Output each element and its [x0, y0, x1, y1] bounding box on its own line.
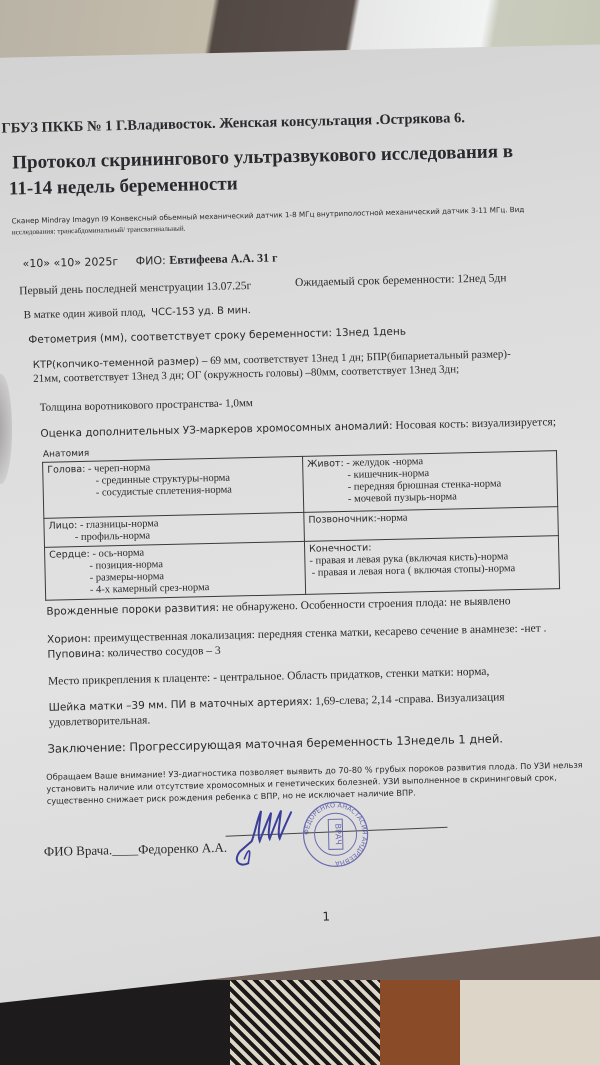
fetus-count: В матке один живой плод,	[24, 306, 146, 321]
heart-label: Сердце:	[49, 549, 90, 561]
fetus-status: В матке один живой плод, ЧСС-153 уд. В м…	[24, 304, 251, 321]
ultrasound-protocol-document: ГБУЗ ПККБ № 1 Г.Владивосток. Женская кон…	[0, 0, 600, 1065]
anatomy-cell-limbs: Конечности: - правая и левая рука (включ…	[304, 536, 559, 595]
abdomen-item: - желудок -норма	[346, 456, 423, 469]
chorion-label: Хорион:	[47, 633, 91, 646]
face-item: - глазницы-норма	[80, 518, 159, 531]
scanner-info-line1: Сканер Mindray Imagyn I9 Конвексный обье…	[11, 205, 524, 226]
anatomy-label: Анатомия	[43, 449, 90, 460]
anatomy-cell-heart: Сердце: - ось-норма - позиция-норма - ра…	[45, 541, 306, 600]
heart-rate: ЧСС-153 уд. В мин.	[151, 305, 251, 318]
conclusion: Заключение: Прогрессирующая маточная бер…	[47, 731, 503, 755]
cervix-label: Шейка матки –39 мм. ПИ в маточных артери…	[49, 696, 313, 714]
anatomy-cell-head: Голова: - череп-норма - срединные структ…	[43, 456, 304, 518]
document-title-line1: Протокол скринингового ультразвукового и…	[12, 141, 513, 174]
visualization-quality: удовлетворительная.	[49, 714, 151, 728]
exam-date-and-patient: «10» «10» 2025г ФИО: Евтифеева А.А. 31 г	[22, 250, 277, 271]
defects-value: не обнаружено. Особенности строения плод…	[219, 595, 511, 614]
scanner-info-line2: исследования: трансабдоминальный/ трансв…	[12, 225, 186, 237]
placenta-attachment: Место прикрепления к плаценте: - централ…	[48, 666, 490, 688]
defects-label: Врожденные пороки развития:	[46, 602, 219, 618]
anatomy-cell-abdomen: Живот: - желудок -норма - кишечник-норма…	[303, 451, 558, 513]
nuchal-translucency: Толщина воротникового пространства- 1,0м…	[40, 397, 253, 414]
cord-value: количество сосудов – 3	[105, 645, 221, 660]
doctor-label: ФИО Врача.____	[44, 842, 139, 859]
spine-value: -норма	[377, 513, 408, 525]
organization-header: ГБУЗ ПККБ № 1 Г.Владивосток. Женская кон…	[1, 110, 465, 138]
fetometry: Фетометрия (мм), соответствует сроку бер…	[28, 326, 406, 347]
patient-name: Евтифеева А.А. 31 г	[169, 250, 278, 266]
chorion: Хорион: преимущественная локализация: пе…	[47, 622, 547, 645]
stamp-center-text: ВРАЧ	[333, 823, 342, 844]
spine-label: Позвоночник:	[308, 513, 377, 526]
doctor-stamp: ФЕДОРЕНКО АНАСТАСИЯ АНДРЕЕВНА ВРАЧ	[300, 798, 372, 870]
exam-date: «10» «10» 2025г	[22, 255, 118, 270]
markers-label: Оценка дополнительных УЗ-маркеров хромос…	[40, 420, 392, 440]
document-title-line2: 11-14 недель беременности	[9, 173, 238, 200]
cord-label: Пуповина:	[47, 647, 105, 660]
chorion-value: преимущественная локализация: передняя с…	[91, 622, 547, 644]
last-menstruation: Первый день последней менструации 13.07.…	[19, 280, 251, 297]
markers-value: Носовая кость: визуализируется;	[392, 416, 556, 432]
patient-name-label: ФИО:	[136, 254, 166, 268]
head-item: - череп-норма	[88, 462, 151, 474]
doctor-name: Федоренко А.А.	[138, 840, 227, 857]
handwritten-signature	[217, 800, 309, 872]
doppler-value: 1,69-слева; 2,14 -справа. Визуализация	[312, 691, 505, 707]
crl-value: – 69 мм, соответствует 13нед 1 дн; БПР(б…	[199, 348, 511, 367]
cervix-doppler: Шейка матки –39 мм. ПИ в маточных артери…	[49, 691, 505, 713]
expected-term: Ожидаемый срок беременности: 12нед 5дн	[295, 272, 507, 289]
doctor-signature-line: ФИО Врача.____Федоренко А.А.	[44, 840, 228, 860]
umbilical-cord: Пуповина: количество сосудов – 3	[47, 645, 221, 661]
heart-item: - ось-норма	[92, 548, 144, 560]
face-label: Лицо:	[48, 520, 77, 532]
head-label: Голова:	[47, 464, 85, 476]
page-number: 1	[322, 909, 330, 923]
abdomen-label: Живот:	[307, 458, 344, 470]
anatomy-table: Голова: - череп-норма - срединные структ…	[42, 450, 560, 601]
chromosomal-markers: Оценка дополнительных УЗ-маркеров хромос…	[40, 416, 556, 440]
